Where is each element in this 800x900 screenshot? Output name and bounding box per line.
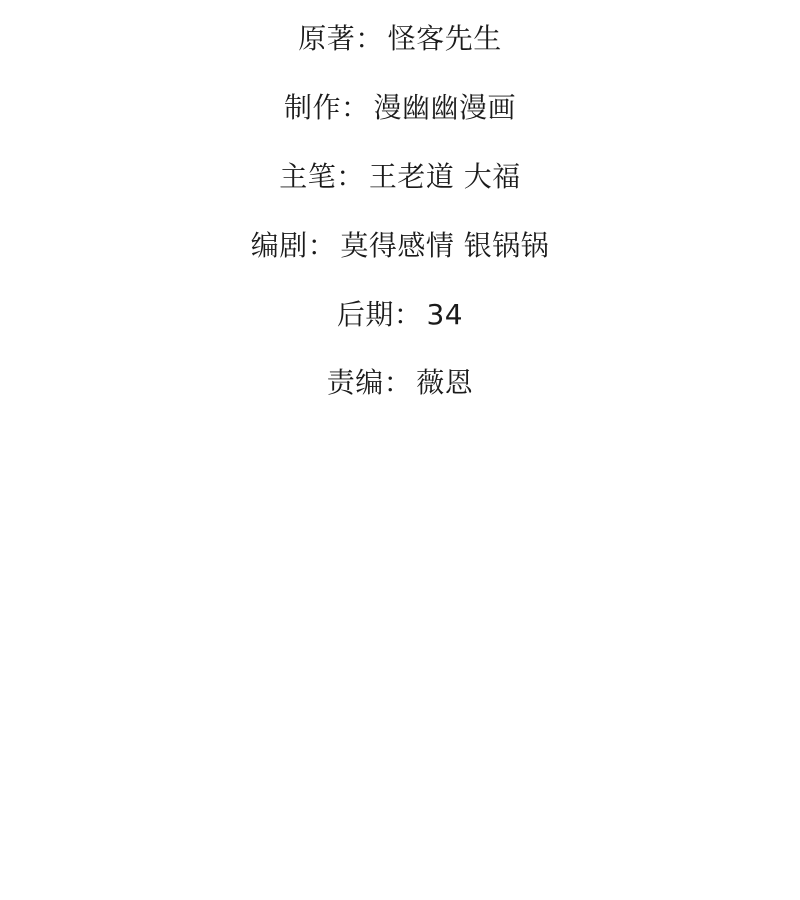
credit-role: 责编 — [327, 366, 384, 399]
credit-post-production: 后期：34 — [0, 295, 800, 335]
credit-screenwriter: 编剧：莫得感情 银锅锅 — [0, 226, 800, 266]
credit-separator: ： — [384, 366, 413, 399]
credit-names: 34 — [426, 298, 463, 331]
credit-separator: ： — [394, 298, 423, 331]
credit-separator: ： — [308, 229, 337, 262]
credit-original-author: 原著：怪客先生 — [0, 19, 800, 59]
credit-lead-artist: 主笔：王老道 大福 — [0, 157, 800, 197]
credit-production: 制作：漫幽幽漫画 — [0, 88, 800, 128]
credit-role: 后期 — [337, 298, 394, 331]
credit-names: 漫幽幽漫画 — [374, 91, 517, 124]
credit-names: 莫得感情 银锅锅 — [340, 229, 549, 262]
credit-separator: ： — [336, 160, 365, 193]
credit-names: 怪客先生 — [388, 22, 502, 55]
credit-role: 制作 — [284, 91, 341, 124]
credit-names: 王老道 大福 — [369, 160, 521, 193]
credit-editor: 责编：薇恩 — [0, 363, 800, 403]
credit-separator: ： — [355, 22, 384, 55]
credit-role: 编剧 — [251, 229, 308, 262]
credit-role: 主笔 — [279, 160, 336, 193]
credit-names: 薇恩 — [416, 366, 473, 399]
credit-separator: ： — [341, 91, 370, 124]
credit-role: 原著 — [298, 22, 355, 55]
